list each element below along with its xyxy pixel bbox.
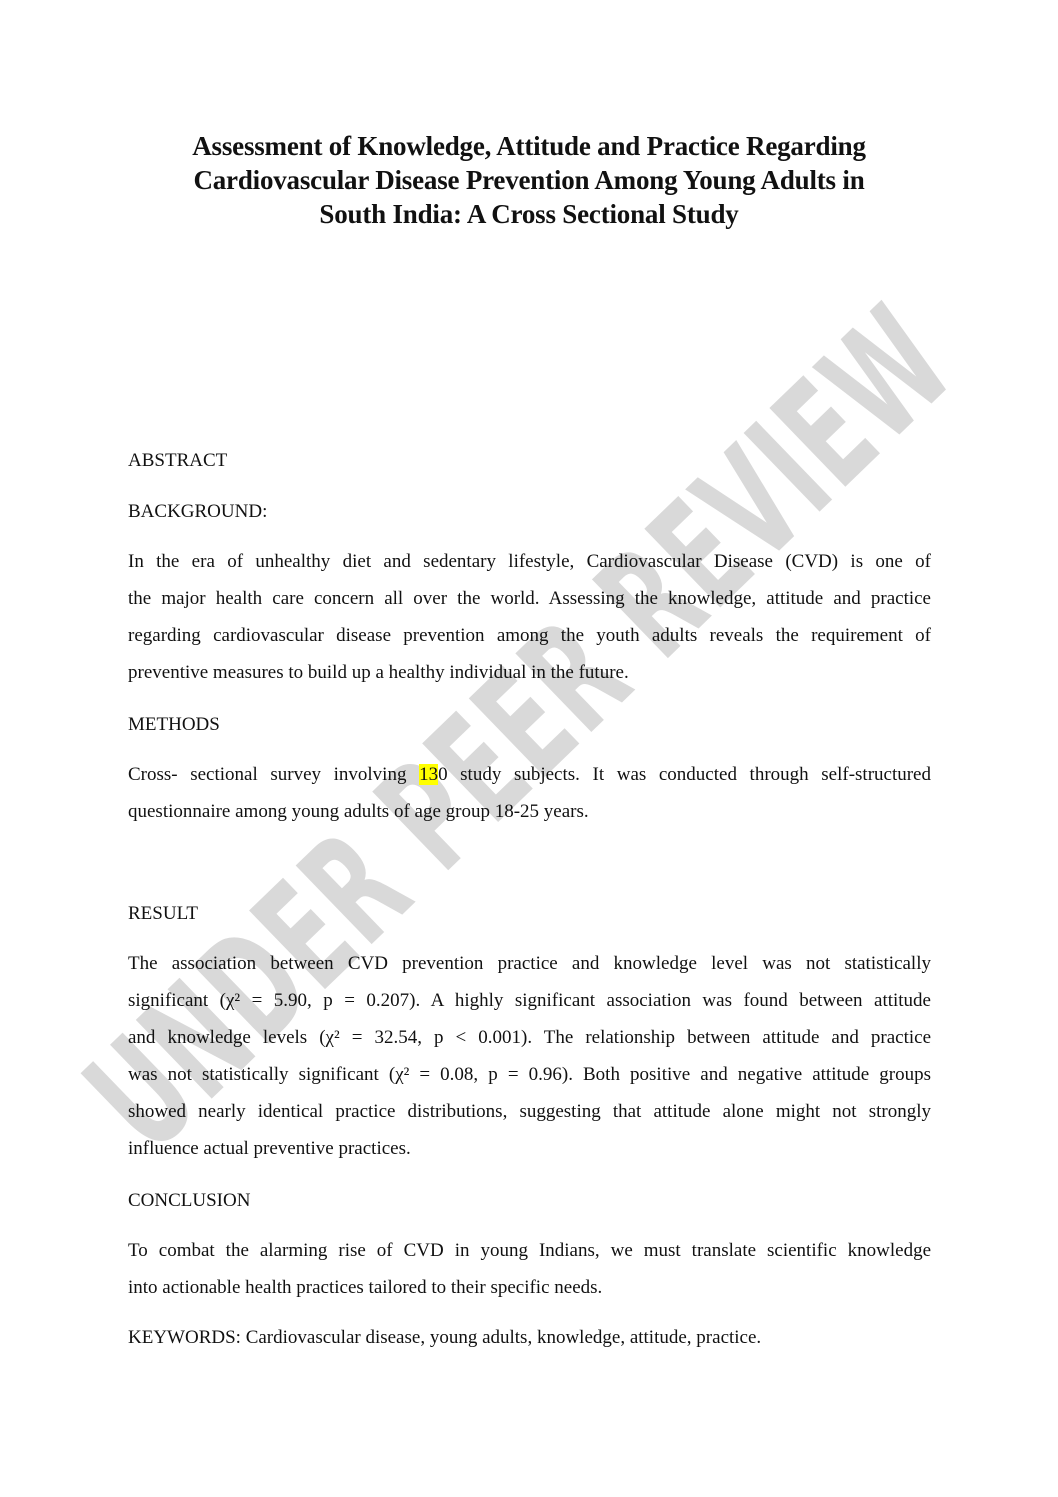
- title-line-3: South India: A Cross Sectional Study: [0, 197, 1058, 231]
- result-heading: RESULT: [128, 902, 198, 926]
- result-line: showed nearly identical practice distrib…: [128, 1093, 931, 1130]
- title-line-2: Cardiovascular Disease Prevention Among …: [0, 163, 1058, 197]
- background-heading: BACKGROUND:: [128, 500, 267, 524]
- background-line: regarding cardiovascular disease prevent…: [128, 617, 931, 654]
- highlighted-text: 13: [419, 764, 438, 785]
- methods-heading: METHODS: [128, 713, 220, 737]
- background-line: In the era of unhealthy diet and sedenta…: [128, 543, 931, 580]
- conclusion-heading: CONCLUSION: [128, 1189, 250, 1213]
- keywords-line: KEYWORDS: Cardiovascular disease, young …: [128, 1326, 761, 1350]
- methods-line: Cross- sectional survey involving 130 st…: [128, 756, 931, 793]
- methods-line: questionnaire among young adults of age …: [128, 793, 931, 830]
- methods-paragraph: Cross- sectional survey involving 130 st…: [128, 756, 931, 830]
- result-line: influence actual preventive practices.: [128, 1130, 931, 1167]
- result-line: The association between CVD prevention p…: [128, 945, 931, 982]
- conclusion-paragraph: To combat the alarming rise of CVD in yo…: [128, 1232, 931, 1306]
- background-paragraph: In the era of unhealthy diet and sedenta…: [128, 543, 931, 691]
- paper-title: Assessment of Knowledge, Attitude and Pr…: [0, 129, 1058, 231]
- result-paragraph: The association between CVD prevention p…: [128, 945, 931, 1167]
- abstract-heading: ABSTRACT: [128, 449, 227, 473]
- conclusion-line: To combat the alarming rise of CVD in yo…: [128, 1232, 931, 1269]
- paper-page: UNDER PEER REVIEW Assessment of Knowledg…: [0, 0, 1058, 1497]
- conclusion-line: into actionable health practices tailore…: [128, 1269, 931, 1306]
- result-line: and knowledge levels (χ² = 32.54, p < 0.…: [128, 1019, 931, 1056]
- result-line: significant (χ² = 5.90, p = 0.207). A hi…: [128, 982, 931, 1019]
- title-line-1: Assessment of Knowledge, Attitude and Pr…: [0, 129, 1058, 163]
- result-line: was not statistically significant (χ² = …: [128, 1056, 931, 1093]
- background-line: the major health care concern all over t…: [128, 580, 931, 617]
- background-line: preventive measures to build up a health…: [128, 654, 931, 691]
